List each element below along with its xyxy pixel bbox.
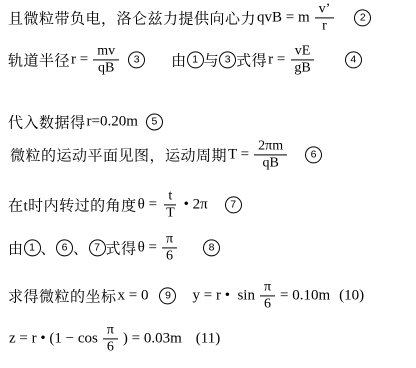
spacer xyxy=(331,296,338,297)
circled-number: 6 xyxy=(305,147,322,164)
math-segment: qvB = m xyxy=(257,10,310,27)
circled-number: 7 xyxy=(225,197,242,214)
math-segment: (10) xyxy=(339,288,364,305)
math-segment: • 2π xyxy=(184,197,208,214)
fraction: mvqB xyxy=(93,43,119,76)
formula-line-5: 在t时内转过的角度θ =tT• 2π7 xyxy=(8,188,242,221)
circled-number: 3 xyxy=(219,52,236,69)
circled-number: 2 xyxy=(354,10,371,27)
fraction: vEgB xyxy=(290,43,314,76)
document: 且微粒带负电，洛仑兹力提供向心力qvB = mv’r2轨道半径r =mvqB3由… xyxy=(0,0,416,368)
text-segment: 式得 xyxy=(106,238,137,259)
text-segment: 在t时内转过的角度 xyxy=(8,195,137,216)
math-segment: ) = 0.03m xyxy=(123,331,182,348)
text-segment: 与 xyxy=(204,50,220,71)
formula-line-7: 求得微粒的坐标x = 09y = r • sinπ6= 0.10m(10) xyxy=(8,279,365,312)
spacer xyxy=(183,339,195,340)
circled-number: 4 xyxy=(345,52,362,69)
text-segment: 轨道半径 xyxy=(8,50,70,71)
circled-number: 8 xyxy=(203,240,220,257)
math-segment: r = xyxy=(71,52,88,69)
math-segment: θ = xyxy=(138,240,157,257)
formula-line-2: 轨道半径r =mvqB3由1与3式得r =vEgB4 xyxy=(8,43,362,76)
text-segment: 由 xyxy=(8,238,24,259)
fraction-numerator: 2πm xyxy=(254,138,287,155)
circled-number: 9 xyxy=(159,288,176,305)
math-segment: θ = xyxy=(138,197,157,214)
fraction-numerator: mv xyxy=(93,43,119,60)
fraction-denominator: qB xyxy=(94,61,118,77)
circled-number: 5 xyxy=(146,114,163,131)
math-segment: T = xyxy=(228,147,249,164)
spacer xyxy=(319,60,345,61)
spacer xyxy=(176,296,191,297)
fraction-denominator: gB xyxy=(290,61,314,77)
circled-number: 3 xyxy=(128,52,145,69)
formula-line-8: z = r • (1 − cosπ6) = 0.03m(11) xyxy=(8,322,221,355)
fraction-denominator: qB xyxy=(258,156,282,172)
formula-line-6: 由1、6、7式得θ =π68 xyxy=(8,231,220,264)
fraction: tT xyxy=(162,188,179,221)
fraction-numerator: vE xyxy=(291,43,315,60)
fraction-numerator: π xyxy=(103,322,118,339)
text-segment: 且微粒带负电，洛仑兹力提供向心力 xyxy=(8,8,256,29)
fraction: π6 xyxy=(162,231,177,264)
spacer xyxy=(338,18,354,19)
spacer xyxy=(139,122,146,123)
fraction-denominator: 6 xyxy=(260,297,275,313)
text-segment: 、 xyxy=(73,238,89,259)
fraction: π6 xyxy=(260,279,275,312)
spacer xyxy=(209,205,225,206)
fraction: π6 xyxy=(103,322,118,355)
fraction-denominator: T xyxy=(162,206,179,222)
text-segment: 式得 xyxy=(236,50,267,71)
math-segment: r=0.20m xyxy=(87,114,138,131)
fraction: 2πmqB xyxy=(254,138,287,171)
fraction-numerator: π xyxy=(260,279,275,296)
spacer xyxy=(145,60,171,61)
fraction-denominator: 6 xyxy=(103,340,118,356)
text-segment: 微粒的运动平面见图，运动周期 xyxy=(10,145,227,166)
formula-line-3: 代入数据得r=0.20m5 xyxy=(8,112,163,133)
fraction-numerator: t xyxy=(164,188,176,205)
text-segment: 代入数据得 xyxy=(8,112,86,133)
math-segment: (11) xyxy=(196,331,220,348)
circled-number: 6 xyxy=(56,240,73,257)
circled-number: 1 xyxy=(187,52,204,69)
fraction-denominator: r xyxy=(318,19,331,35)
fraction-numerator: v’ xyxy=(315,1,335,18)
fraction-denominator: 6 xyxy=(162,249,177,265)
spacer xyxy=(149,296,159,297)
text-segment: 、 xyxy=(41,238,57,259)
spacer xyxy=(291,155,305,156)
math-segment: y = r • sin xyxy=(192,288,254,305)
fraction: v’r xyxy=(315,1,335,34)
spacer xyxy=(181,248,203,249)
text-segment: 由 xyxy=(171,50,187,71)
fraction-numerator: π xyxy=(162,231,177,248)
circled-number: 7 xyxy=(89,240,106,257)
math-segment: = 0.10m xyxy=(280,288,330,305)
circled-number: 1 xyxy=(24,240,41,257)
math-segment: z = r • (1 − cos xyxy=(9,331,98,348)
text-segment: 求得微粒的坐标 xyxy=(8,286,117,307)
formula-line-4: 微粒的运动平面见图，运动周期T =2πmqB6 xyxy=(10,138,322,171)
math-segment: x = 0 xyxy=(118,288,149,305)
math-segment: r = xyxy=(268,52,285,69)
formula-line-1: 且微粒带负电，洛仑兹力提供向心力qvB = mv’r2 xyxy=(8,1,371,34)
